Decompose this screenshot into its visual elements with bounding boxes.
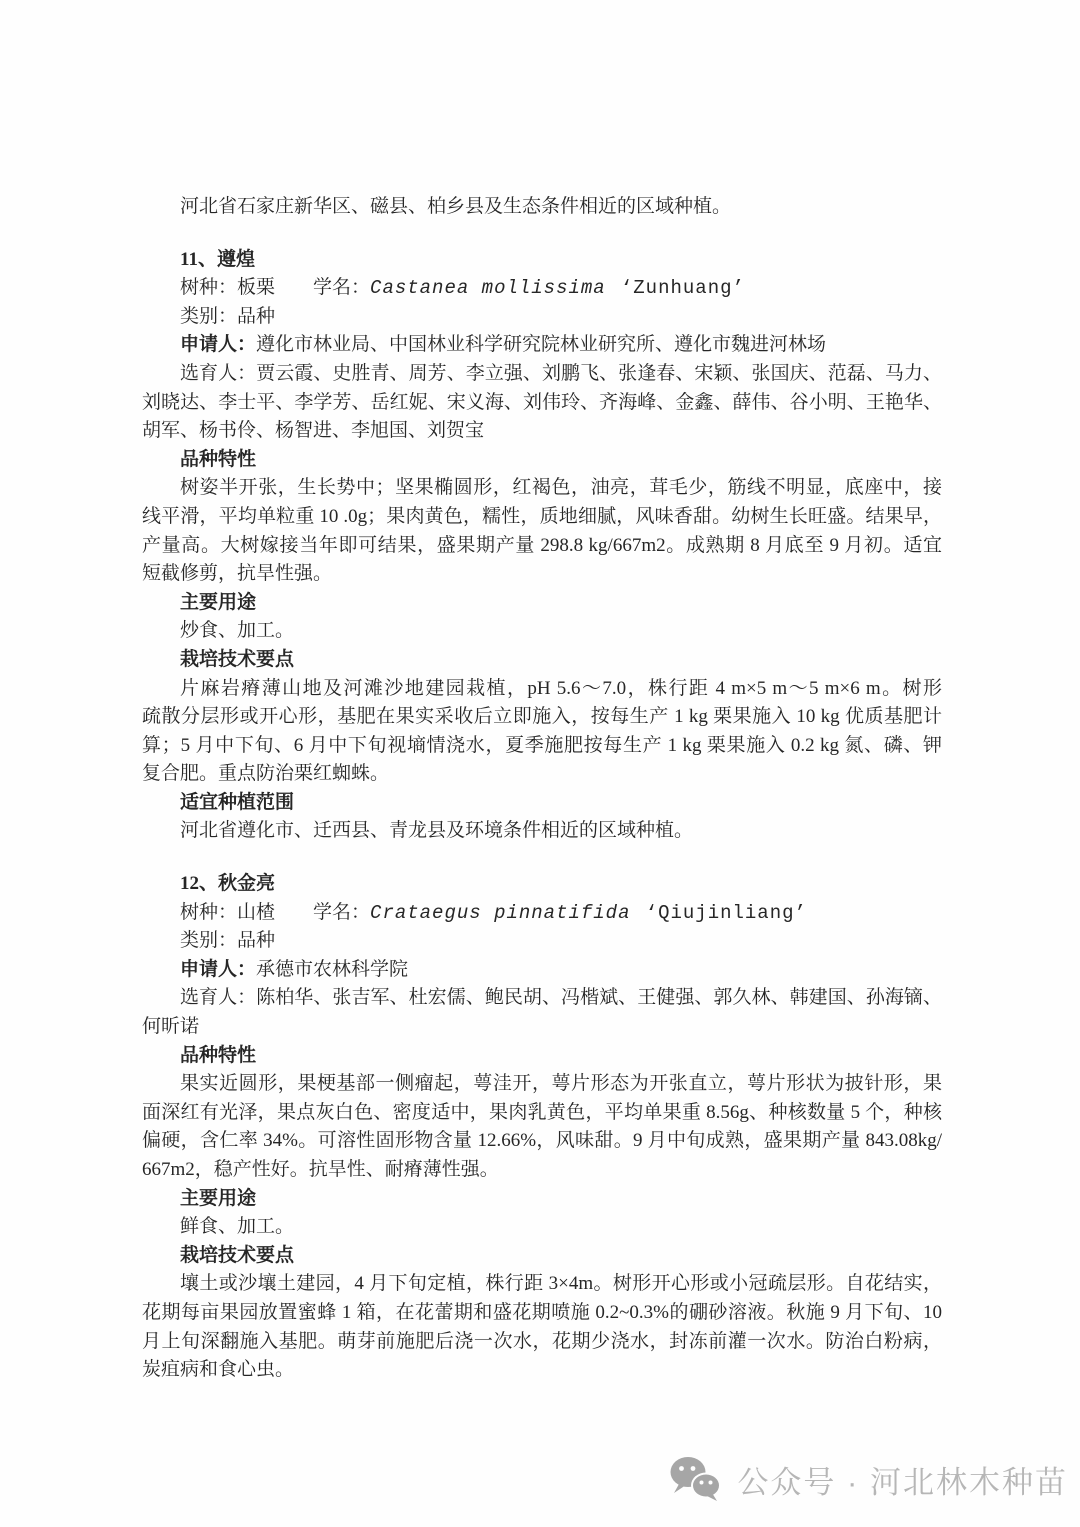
section12-cultivation-line: 炭疽病和食心虫。 — [142, 1356, 942, 1385]
section11-use-heading: 主要用途 — [142, 589, 942, 618]
section11-category-line: 类别：品种 — [142, 303, 942, 332]
cultivar-name: ‘Qiujinliang’ — [646, 902, 807, 924]
section12-title: 12、秋金亮 — [142, 870, 942, 899]
section12-species-line: 树种：山楂学名：Crataegus pinnatifida‘Qiujinlian… — [142, 899, 942, 928]
section12-cultivation-line: 花期每亩果园放置蜜蜂 1 箱，在花蕾期和盛花期喷施 0.2~0.3%的硼砂溶液。… — [142, 1299, 942, 1328]
section11-cultivation-heading: 栽培技术要点 — [142, 646, 942, 675]
section11-traits-line: 短截修剪，抗旱性强。 — [142, 560, 942, 589]
section11-cultivation-line: 片麻岩瘠薄山地及河滩沙地建园栽植，pH 5.6～7.0，株行距 4 m×5 m～… — [142, 675, 942, 704]
section12-cultivation-line: 壤土或沙壤土建园，4 月下旬定植，株行距 3×4m。树形开心形或小冠疏层形。自花… — [142, 1270, 942, 1299]
section12-breeders-line: 何昕诺 — [142, 1013, 942, 1042]
section12-cultivation-line: 月上旬深翻施入基肥。萌芽前施肥后浇一次水，花期少浇水，封冻前灌一次水。防治白粉病… — [142, 1328, 942, 1357]
latin-label: 学名： — [313, 277, 370, 298]
category-value: 品种 — [237, 930, 275, 951]
section11-traits-line: 线平滑，平均单粒重 10 .0g；果肉黄色，糯性，质地细腻，风味香甜。幼树生长旺… — [142, 503, 942, 532]
section12-use-line: 鲜食、加工。 — [142, 1213, 942, 1242]
section11-cultivation-line: 复合肥。重点防治栗红蜘蛛。 — [142, 760, 942, 789]
section12-breeders-line: 选育人：陈柏华、张吉军、杜宏儒、鲍民胡、冯楷斌、王健强、郭久林、韩建国、孙海镝、 — [142, 984, 942, 1013]
species-label: 树种： — [180, 277, 237, 298]
category-value: 品种 — [237, 306, 275, 327]
section-gap — [142, 222, 942, 246]
watermark-text: 公众号 · 河北林木种苗 — [737, 1457, 1068, 1502]
section11-use-line: 炒食、加工。 — [142, 617, 942, 646]
section-gap — [142, 846, 942, 870]
section12-traits-line: 面深红有光泽，果点灰白色、密度适中，果肉乳黄色，平均单果重 8.56g、种核数量… — [142, 1099, 942, 1128]
cultivar-name: ‘Zunhuang’ — [621, 277, 745, 299]
latin-name: Castanea mollissima — [370, 277, 606, 299]
section12-cultivation-heading: 栽培技术要点 — [142, 1242, 942, 1271]
section12-traits-line: 果实近圆形，果梗基部一侧瘤起，萼洼开，萼片形态为开张直立，萼片形状为披针形，果 — [142, 1070, 942, 1099]
section11-species-line: 树种：板栗学名：Castanea mollissima‘Zunhuang’ — [142, 274, 942, 303]
section11-traits-heading: 品种特性 — [142, 446, 942, 475]
section11-title: 11、遵煌 — [142, 246, 942, 275]
section12-traits-heading: 品种特性 — [142, 1042, 942, 1071]
applicant-value: 遵化市林业局、中国林业科学研究院林业研究所、遵化市魏进河林场 — [256, 334, 826, 355]
section11-breeders-line: 选育人：贾云霞、史胜青、周芳、李立强、刘鹏飞、张逢春、宋颖、张国庆、范磊、马力、 — [142, 360, 942, 389]
wechat-icon — [669, 1455, 723, 1503]
section11-applicant-line: 申请人：遵化市林业局、中国林业科学研究院林业研究所、遵化市魏进河林场 — [142, 331, 942, 360]
section12-traits-line: 偏硬，含仁率 34%。可溶性固形物含量 12.66%，风味甜。9 月中旬成熟，盛… — [142, 1127, 942, 1156]
applicant-value: 承德市农林科学院 — [256, 959, 408, 980]
species-label: 树种： — [180, 902, 237, 923]
document-body: 河北省石家庄新华区、磁县、柏乡县及生态条件相近的区域种植。 11、遵煌 树种：板… — [142, 193, 942, 1385]
section11-range-heading: 适宜种植范围 — [142, 789, 942, 818]
section11-breeders-line: 刘晓达、李士平、李学芳、岳红妮、宋义海、刘伟玲、齐海峰、金鑫、薛伟、谷小明、王艳… — [142, 389, 942, 418]
category-label: 类别： — [180, 306, 237, 327]
latin-name: Crataegus pinnatifida — [370, 902, 630, 924]
section12-traits-line: 667m2，稳产性好。抗旱性、耐瘠薄性强。 — [142, 1156, 942, 1185]
latin-label: 学名： — [313, 902, 370, 923]
section11-cultivation-line: 算；5 月中下旬、6 月中下旬视墒情浇水，夏季施肥按每生产 1 kg 栗果施入 … — [142, 732, 942, 761]
applicant-label: 申请人： — [180, 334, 256, 355]
intro-paragraph: 河北省石家庄新华区、磁县、柏乡县及生态条件相近的区域种植。 — [142, 193, 942, 222]
section11-range-line: 河北省遵化市、迁西县、青龙县及环境条件相近的区域种植。 — [142, 817, 942, 846]
section12-use-heading: 主要用途 — [142, 1185, 942, 1214]
watermark: 公众号 · 河北林木种苗 — [669, 1453, 1068, 1505]
section11-breeders-line: 胡军、杨书伶、杨智进、李旭国、刘贺宝 — [142, 417, 942, 446]
species-value: 板栗 — [237, 277, 275, 298]
section12-category-line: 类别：品种 — [142, 927, 942, 956]
section11-cultivation-line: 疏散分层形或开心形，基肥在果实采收后立即施入，按每生产 1 kg 栗果施入 10… — [142, 703, 942, 732]
section11-traits-line: 产量高。大树嫁接当年即可结果，盛果期产量 298.8 kg/667m2。成熟期 … — [142, 532, 942, 561]
species-value: 山楂 — [237, 902, 275, 923]
section11-traits-line: 树姿半开张，生长势中；坚果椭圆形，红褐色，油亮，茸毛少，筋线不明显，底座中，接 — [142, 474, 942, 503]
applicant-label: 申请人： — [180, 959, 256, 980]
section12-applicant-line: 申请人：承德市农林科学院 — [142, 956, 942, 985]
category-label: 类别： — [180, 930, 237, 951]
